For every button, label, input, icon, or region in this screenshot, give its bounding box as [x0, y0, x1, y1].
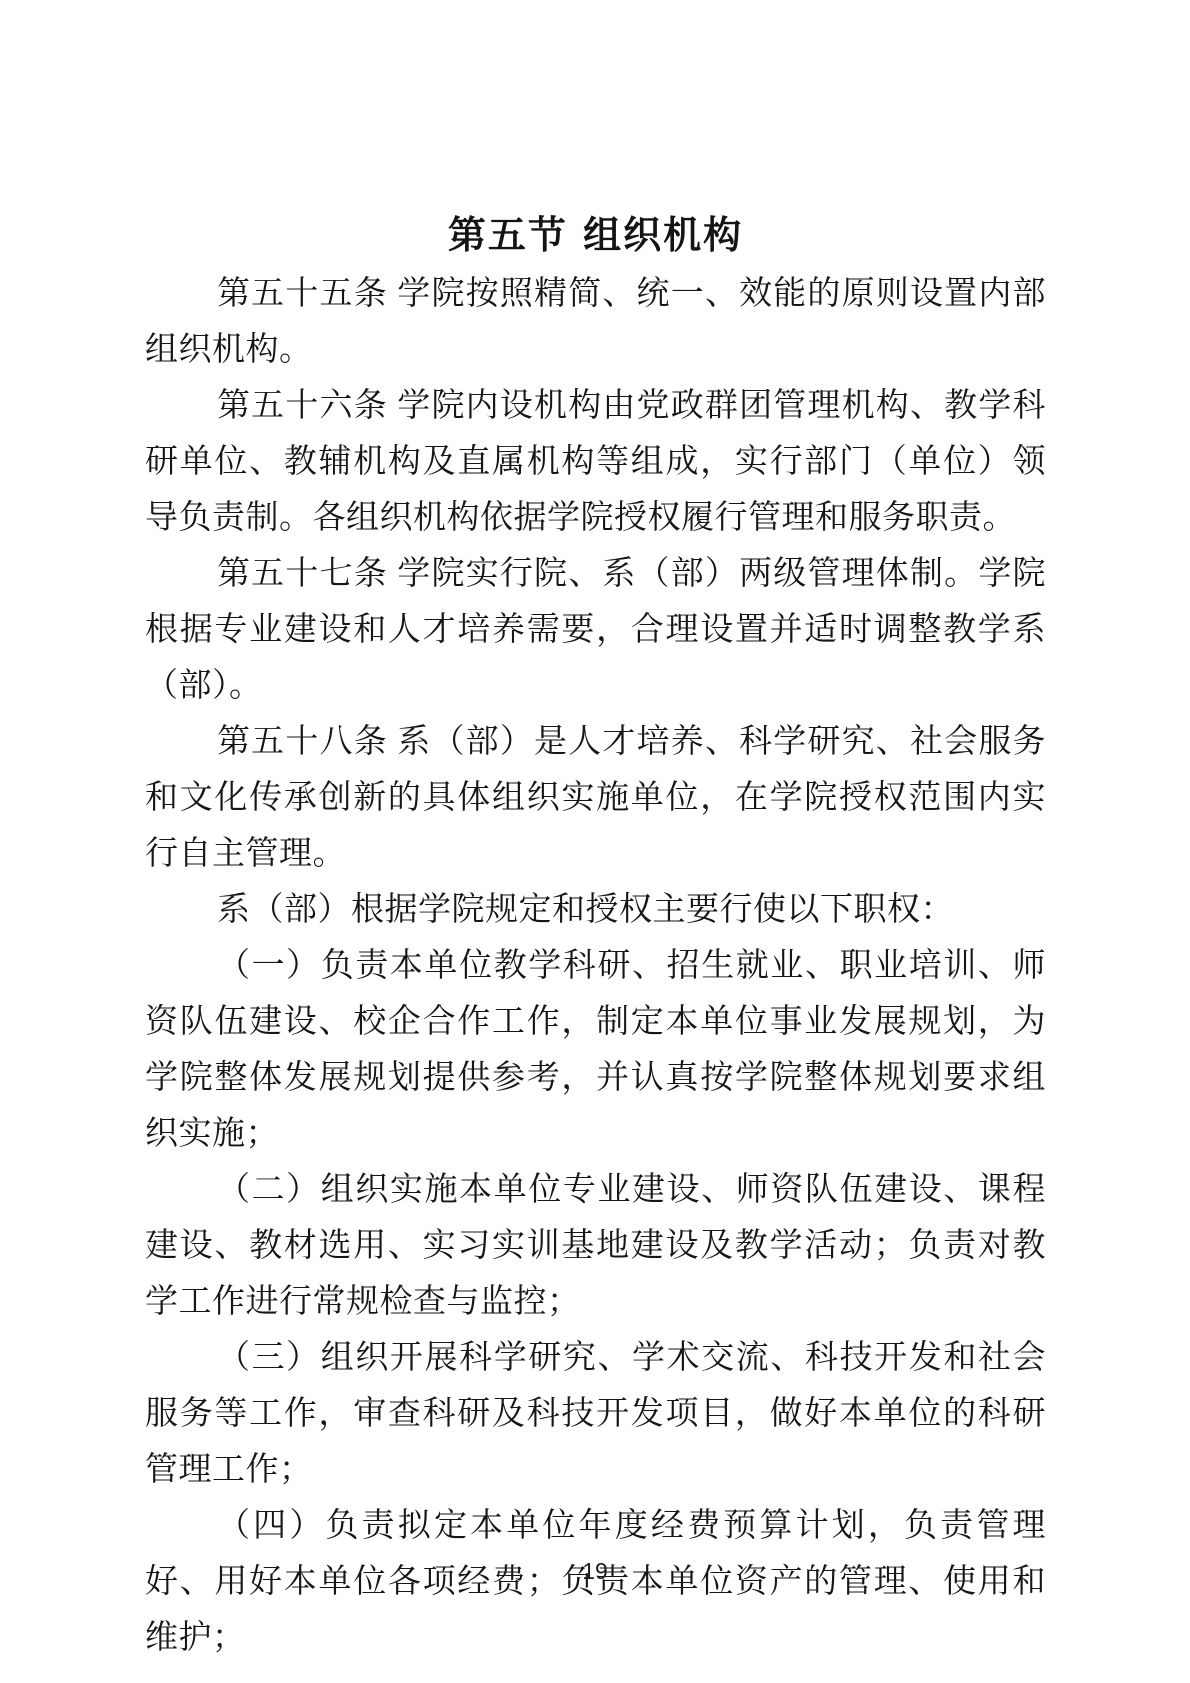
section-title: 第五节 组织机构 — [145, 210, 1046, 260]
document-body: 第五十五条 学院按照精简、统一、效能的原则设置内部组织机构。 第五十六条 学院内… — [145, 266, 1046, 1666]
paragraph-article-57: 第五十七条 学院实行院、系（部）两级管理体制。学院根据专业建设和人才培养需要，合… — [145, 546, 1046, 714]
paragraph-power-item-3: （三）组织开展科学研究、学术交流、科技开发和社会服务等工作，审查科研及科技开发项… — [145, 1330, 1046, 1498]
paragraph-dept-powers-intro: 系（部）根据学院规定和授权主要行使以下职权： — [145, 882, 1046, 938]
paragraph-article-55: 第五十五条 学院按照精简、统一、效能的原则设置内部组织机构。 — [145, 266, 1046, 378]
document-content: 第五节 组织机构 第五十五条 学院按照精简、统一、效能的原则设置内部组织机构。 … — [145, 210, 1046, 1666]
document-page: 第五节 组织机构 第五十五条 学院按照精简、统一、效能的原则设置内部组织机构。 … — [0, 0, 1190, 1683]
paragraph-power-item-2: （二）组织实施本单位专业建设、师资队伍建设、课程建设、教材选用、实习实训基地建设… — [145, 1162, 1046, 1330]
paragraph-article-56: 第五十六条 学院内设机构由党政群团管理机构、教学科研单位、教辅机构及直属机构等组… — [145, 378, 1046, 546]
paragraph-article-58: 第五十八条 系（部）是人才培养、科学研究、社会服务和文化传承创新的具体组织实施单… — [145, 714, 1046, 882]
paragraph-power-item-1: （一）负责本单位教学科研、招生就业、职业培训、师资队伍建设、校企合作工作，制定本… — [145, 938, 1046, 1162]
page-number: 19 — [0, 1556, 1190, 1586]
